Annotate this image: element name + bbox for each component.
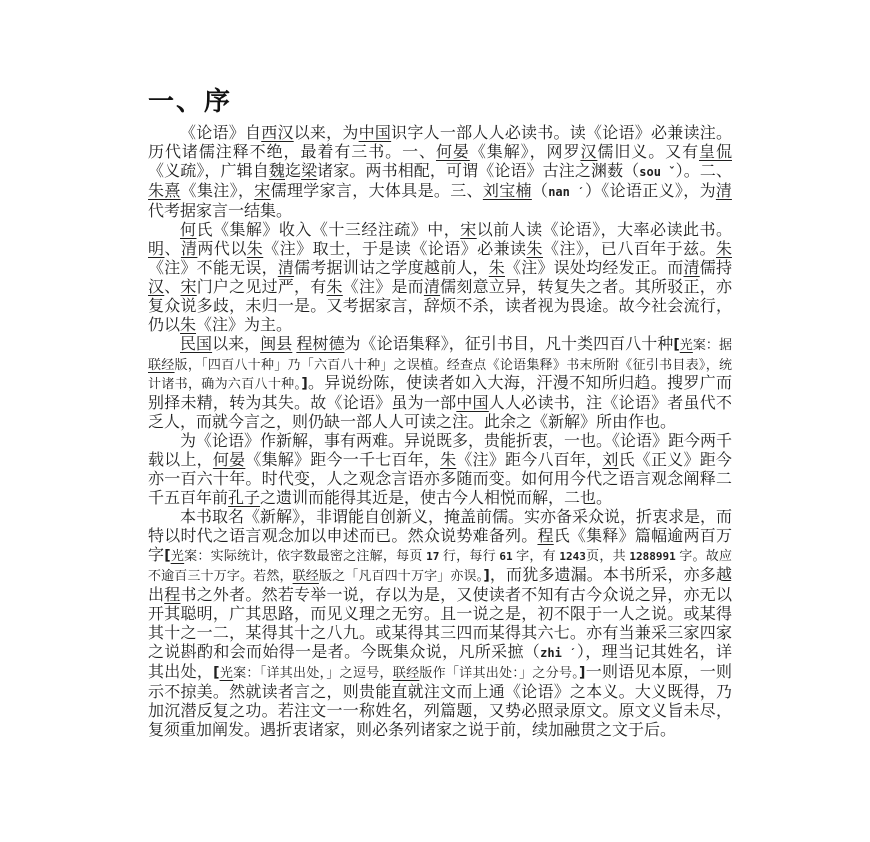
proper-noun-underlined: 程 (164, 587, 180, 604)
text-run: 《注》距今八百年， (456, 452, 602, 469)
proper-noun-underlined: 宋 (180, 279, 196, 296)
text-run: 儒理学家言，大体具是。三、 (271, 183, 483, 200)
note-proper-noun: 光 (220, 665, 234, 680)
paragraph-3: 民国以来，闽县 程树德为《论语集释》，征引书目，凡十类四百八十种[光案：据联经版… (148, 335, 732, 432)
note-proper-noun: 联经 (148, 357, 175, 372)
page-title: 一、序 (148, 88, 732, 116)
proper-noun-underlined: 朱 (180, 317, 196, 334)
proper-noun-underlined: 刘 (602, 452, 618, 469)
proper-noun-underlined: 西汉 (261, 125, 293, 142)
proper-noun-underlined: 闽县 (260, 336, 292, 353)
proper-noun-underlined: 何晏 (436, 144, 470, 161)
proper-noun-underlined: 程树德 (296, 336, 344, 353)
paragraph-1: 《论语》自西汉以来，为中国识字人一部人人必读书。读《论语》必兼读注。历代诸儒注释… (148, 124, 732, 221)
text-run: ）。二、 (676, 163, 732, 180)
text-run: 儒持 (700, 260, 732, 277)
text-run: 《注》误处均经发正。而 (505, 260, 683, 277)
note-proper-noun: 光 (680, 337, 693, 352)
proper-noun-underlined: 宋 (460, 222, 476, 239)
proper-noun-underlined: 朱 (527, 241, 543, 258)
text-run: 《论语》自 (180, 125, 261, 142)
note-number: 61 (499, 550, 512, 563)
proper-noun-underlined: 民国 (180, 336, 212, 353)
document-page: 一、序 《论语》自西汉以来，为中国识字人一部人人必读书。读《论语》必兼读注。历代… (0, 0, 870, 842)
text-run: 、 (164, 241, 180, 258)
proper-noun-underlined: 朱 (327, 279, 343, 296)
proper-noun-underlined: 程 (537, 528, 553, 545)
note-text: 案：「详其出处，」之逗号， (233, 665, 393, 680)
note-text: 版作「详其出处：」之分号。 (419, 665, 579, 680)
proper-noun-underlined: 明 (148, 241, 164, 258)
note-text: 案：据 (693, 337, 732, 352)
proper-noun-underlined: 清 (424, 279, 440, 296)
proper-noun-underlined: 中国 (359, 125, 391, 142)
text-run: 为《论语集释》，征引书目，凡十类四百八十种 (344, 336, 673, 353)
text-run: 《注》不能无误， (148, 260, 278, 277)
text-run: ）《论语正义》，为 (585, 183, 716, 200)
note-text: 页，共 (586, 548, 630, 563)
text-run: 以前人读《论语》，大率必读此书。 (477, 222, 732, 239)
text-run: 《注》，已八百年于兹。 (543, 241, 716, 258)
text-run: 以来， (212, 336, 260, 353)
proper-noun-underlined: 刘宝楠 (483, 183, 532, 200)
note-proper-noun: 联经 (293, 568, 319, 583)
text-run: 儒旧义。又有 (597, 144, 699, 161)
proper-noun-underlined: 朱熹 (148, 183, 181, 200)
pinyin-annotation: nan ˊ (548, 185, 585, 199)
proper-noun-underlined: 皇侃 (699, 144, 732, 161)
document-content: 一、序 《论语》自西汉以来，为中国识字人一部人人必读书。读《论语》必兼读注。历代… (148, 88, 732, 740)
text-run: 《注》取士，于是读《论语》必兼读 (263, 241, 526, 258)
proper-noun-underlined: 清 (683, 260, 699, 277)
note-number: 1243 (559, 550, 586, 563)
text-run: 迄 (285, 163, 301, 180)
note-number: 1288991 (629, 550, 675, 563)
proper-noun-underlined: 清 (716, 183, 732, 200)
proper-noun-underlined: 清 (278, 260, 294, 277)
text-run: 之遗训而能得其近是，使古今人相悦而解，二也。 (260, 490, 612, 507)
pinyin-annotation: zhi ˊ (540, 646, 577, 660)
proper-noun-underlined: 汉 (148, 279, 164, 296)
note-text: 行，每行 (439, 548, 499, 563)
proper-noun-underlined: 朱 (716, 241, 732, 258)
text-run: 儒考据训诂之学度越前人， (294, 260, 489, 277)
proper-noun-underlined: 何 (180, 222, 196, 239)
text-run: 两代以 (197, 241, 246, 258)
text-run: 《集解》距今一千七百年， (245, 452, 440, 469)
proper-noun-underlined: 梁 (301, 163, 317, 180)
note-text: 版之「凡百四十万字」亦误。 (319, 568, 483, 583)
proper-noun-underlined: 宋 (254, 183, 270, 200)
proper-noun-underlined: 中国 (456, 395, 488, 412)
text-run: 《义疏》，广辑自 (148, 163, 269, 180)
note-proper-noun: 光 (171, 548, 185, 563)
note-text: 案：实际统计，依字数最密之注解，每页 (184, 548, 426, 563)
pinyin-annotation: sou ˇ (639, 165, 675, 179)
proper-noun-underlined: 清 (181, 241, 197, 258)
proper-noun-underlined: 朱 (489, 260, 505, 277)
paragraph-2: 何氏《集解》收入《十三经注疏》中，宋以前人读《论语》，大率必读此书。明、清两代以… (148, 221, 732, 335)
proper-noun-underlined: 朱 (440, 452, 456, 469)
proper-noun-underlined: 朱 (247, 241, 263, 258)
text-run: 代考据家言一结集。 (148, 203, 292, 220)
text-run: 《集解》，网罗 (470, 144, 581, 161)
proper-noun-underlined: 何晏 (213, 452, 245, 469)
text-run: 氏《集解》收入《十三经注疏》中， (196, 222, 460, 239)
text-run: 、 (164, 279, 180, 296)
text-run: 《注》为主。 (196, 317, 292, 334)
text-run: （ (532, 183, 548, 200)
proper-noun-underlined: 汉 (580, 144, 597, 161)
paragraph-4: 为《论语》作新解，事有两难。异说既多，贵能折衷，一也。《论语》距今两千载以上，何… (148, 432, 732, 508)
proper-noun-underlined: 魏 (269, 163, 285, 180)
text-run: 门户之见过严，有 (197, 279, 327, 296)
text-run: 以来，为 (294, 125, 359, 142)
text-run: 诸家。两书相配，可谓《论语》古注之渊薮（ (317, 163, 639, 180)
proper-noun-underlined: 孔子 (228, 490, 260, 507)
document-body: 《论语》自西汉以来，为中国识字人一部人人必读书。读《论语》必兼读注。历代诸儒注释… (148, 124, 732, 740)
text-run: 《集注》， (181, 183, 255, 200)
text-run: 《注》是而 (343, 279, 424, 296)
note-text: 字，有 (513, 548, 560, 563)
note-proper-noun: 联经 (393, 665, 420, 680)
paragraph-5: 本书取名《新解》，非谓能自创新义，掩盖前儒。实亦备采众说，折衷求是，而特以时代之… (148, 508, 732, 740)
note-number: 17 (426, 550, 439, 563)
